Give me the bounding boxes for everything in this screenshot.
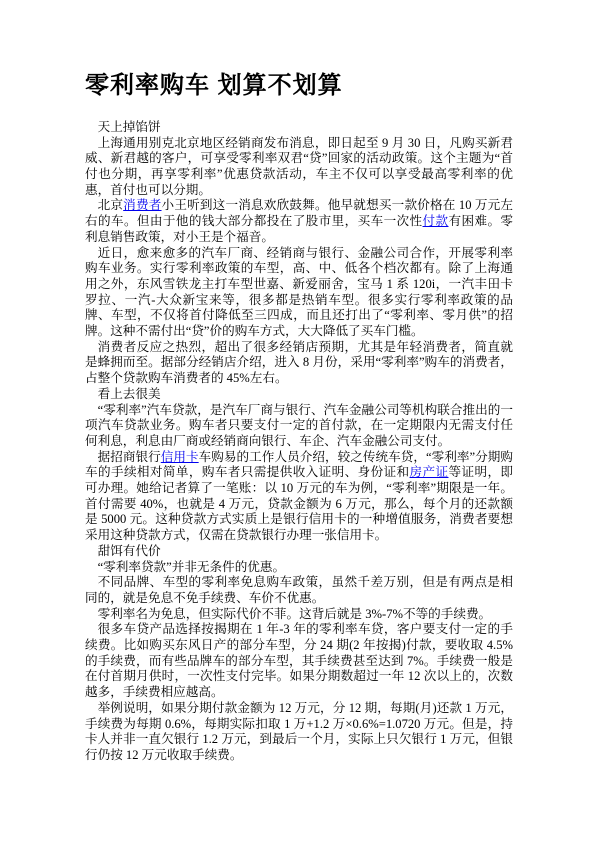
paragraph: “零利率”汽车贷款，是汽车厂商与银行、汽车金融公司等机构联合推出的一项汽车贷款业…: [85, 403, 513, 450]
paragraph: “零利率贷款”并非无条件的优惠。: [85, 560, 513, 576]
text-run: 很多车贷产品选择按揭期在 1 年-3 年的零利率车贷，客户要支付一定的手续费。比…: [85, 622, 513, 699]
link-credit-card[interactable]: 信用卡: [161, 450, 199, 464]
text-run: 天上掉馅饼: [98, 120, 161, 134]
article-title: 零利率购车 划算不划算: [85, 73, 513, 100]
text-run: “零利率贷款”并非无条件的优惠。: [98, 560, 286, 574]
link-consumer[interactable]: 消费者: [123, 198, 161, 212]
text-run: 不同品牌、车型的零利率免息购车政策，虽然千差万别，但是有两点是相同的，就是免息不…: [85, 575, 513, 605]
text-run: 零利率名为免息，但实际代价不菲。这背后就是 3%-7%不等的手续费。: [98, 607, 492, 621]
text-run: 消费者反应之热烈，超出了很多经销店预期，尤其是年轻消费者，简直就是蜂拥而至。据部…: [85, 340, 513, 385]
paragraph: 零利率名为免息，但实际代价不菲。这背后就是 3%-7%不等的手续费。: [85, 607, 513, 623]
paragraph: 很多车贷产品选择按揭期在 1 年-3 年的零利率车贷，客户要支付一定的手续费。比…: [85, 622, 513, 701]
text-run: “零利率”汽车贷款，是汽车厂商与银行、汽车金融公司等机构联合推出的一项汽车贷款业…: [85, 403, 513, 448]
article-body: 天上掉馅饼上海通用别克北京地区经销商发布消息，即日起至 9 月 30 日，凡购买…: [85, 120, 513, 764]
paragraph: 举例说明，如果分期付款金额为 12 万元，分 12 期，每期(月)还款 1 万元…: [85, 701, 513, 764]
link-property-certificate[interactable]: 房产证: [410, 465, 449, 479]
text-run: 看上去很美: [98, 387, 161, 401]
text-run: 甜饵有代价: [98, 544, 161, 558]
text-run: 上海通用别克北京地区经销商发布消息，即日起至 9 月 30 日，凡购买新君威、新…: [85, 136, 513, 197]
paragraph: 消费者反应之热烈，超出了很多经销店预期，尤其是年轻消费者，简直就是蜂拥而至。据部…: [85, 340, 513, 387]
text-run: 近日，愈来愈多的汽车厂商、经销商与银行、金融公司合作，开展零利率购车业务。实行零…: [85, 246, 513, 339]
text-run: 据招商银行: [98, 450, 161, 464]
text-run: 举例说明，如果分期付款金额为 12 万元，分 12 期，每期(月)还款 1 万元…: [85, 701, 513, 762]
paragraph: 近日，愈来愈多的汽车厂商、经销商与银行、金融公司合作，开展零利率购车业务。实行零…: [85, 246, 513, 340]
section-heading: 天上掉馅饼: [85, 120, 513, 136]
paragraph: 不同品牌、车型的零利率免息购车政策，虽然千差万别，但是有两点是相同的，就是免息不…: [85, 575, 513, 606]
paragraph: 北京消费者小王听到这一消息欢欣鼓舞。他早就想买一款价格在 10 万元左右的车。但…: [85, 198, 513, 245]
text-run: 北京: [98, 198, 124, 212]
section-heading: 看上去很美: [85, 387, 513, 403]
paragraph: 上海通用别克北京地区经销商发布消息，即日起至 9 月 30 日，凡购买新君威、新…: [85, 136, 513, 199]
link-payment[interactable]: 付款: [423, 214, 449, 228]
document-page: 零利率购车 划算不划算 天上掉馅饼上海通用别克北京地区经销商发布消息，即日起至 …: [0, 0, 595, 842]
section-heading: 甜饵有代价: [85, 544, 513, 560]
paragraph: 据招商银行信用卡车购易的工作人员介绍，较之传统车贷，“零利率”分期购车的手续相对…: [85, 450, 513, 544]
